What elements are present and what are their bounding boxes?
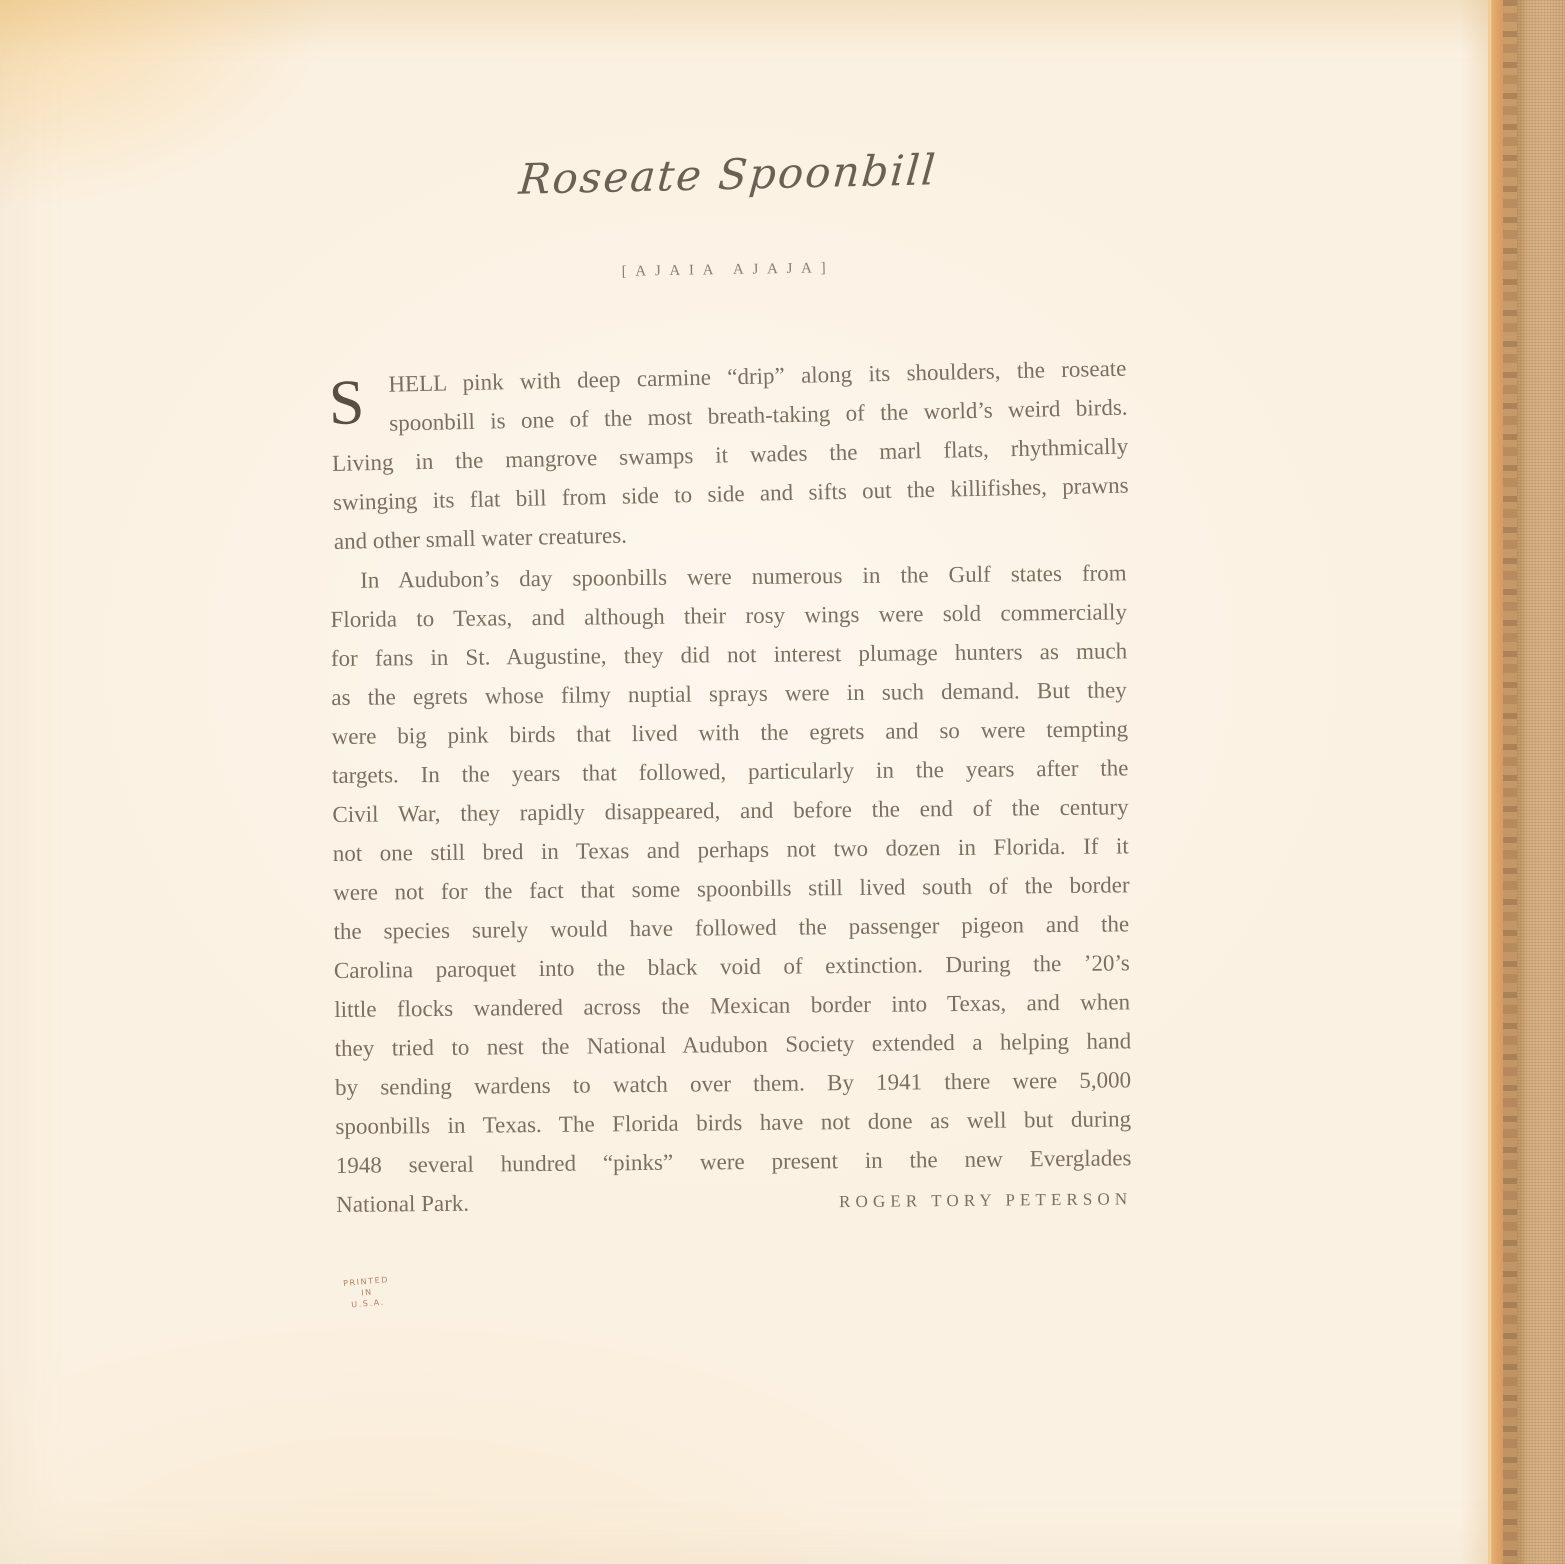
book-page-photo: Roseate Spoonbill [AJAIA AJAJA] S HELL p… <box>0 0 1565 1564</box>
book-cloth-edge <box>1517 0 1565 1564</box>
paragraph-2: In Audubon’s day spoonbills were numerou… <box>330 553 1132 1224</box>
body-text: S HELL pink with deep carmine “drip” alo… <box>330 366 1126 1224</box>
species-latin-name: [AJAIA AJAJA] <box>330 255 1126 286</box>
printers-stamp: PRINTED IN U.S.A. <box>329 1273 406 1312</box>
text-line: 1948 several hundred “pinks” were presen… <box>336 1138 1132 1185</box>
page-title: Roseate Spoonbill <box>328 141 1128 208</box>
drop-cap: S <box>328 365 365 440</box>
page-deckle-edge <box>1488 0 1503 1564</box>
final-words: National Park. <box>336 1184 469 1224</box>
final-line: National Park. ROGER TORY PETERSON <box>336 1177 1132 1224</box>
author-name: ROGER TORY PETERSON <box>839 1179 1132 1221</box>
page-edge-rough <box>1503 0 1517 1564</box>
paragraph-1: S HELL pink with deep carmine “drip” alo… <box>330 349 1130 561</box>
